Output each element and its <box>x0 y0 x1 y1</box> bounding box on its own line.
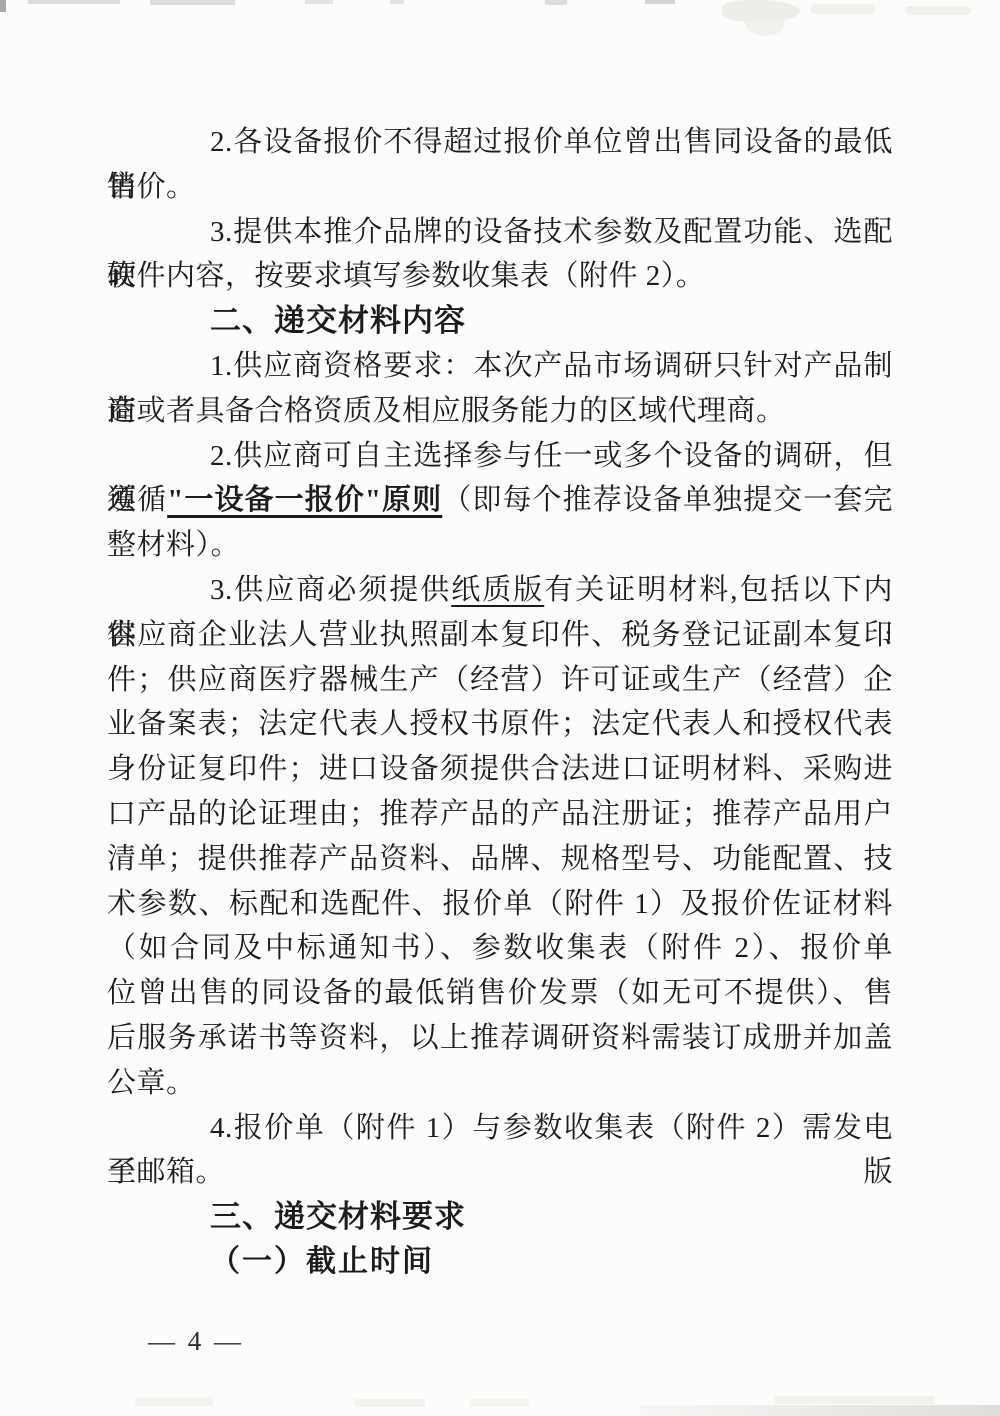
page-number: — 4 — <box>148 1326 244 1357</box>
line-text: 3.供应商必须提供 <box>210 574 451 606</box>
scan-artifact <box>645 0 675 4</box>
scan-artifact <box>745 10 785 36</box>
line-text: 遵循 <box>107 484 167 516</box>
scan-artifact <box>545 0 567 5</box>
emphasis-bold-underline: "一设备一报价"原则 <box>167 484 442 516</box>
scan-artifact <box>355 1399 425 1407</box>
paragraph-line: 供应商企业法人营业执照副本复印件、税务登记证副本复印 <box>107 613 893 658</box>
paragraph-line: 3.供应商必须提供纸质版有关证明材料,包括以下内容: <box>107 568 893 613</box>
paragraph-line: 身份证复印件；进口设备须提供合法进口证明材料、采购进 <box>107 747 893 792</box>
paragraph-line: 清单；提供推荐产品资料、品牌、规格型号、功能配置、技 <box>107 837 893 882</box>
paragraph-line: 1.供应商资格要求：本次产品市场调研只针对产品制造 <box>107 344 893 389</box>
paragraph-line: 遵循"一设备一报价"原则（即每个推荐设备单独提交一套完 <box>107 478 893 523</box>
paragraph-line: 位曾出售的同设备的最低销售价发票（如无可不提供）、售 <box>107 971 893 1016</box>
section-heading: 三、递交材料要求 <box>107 1195 893 1240</box>
paragraph-line: 后服务承诺书等资料，以上推荐调研资料需装订成册并加盖 <box>107 1016 893 1061</box>
scan-artifact <box>775 1396 935 1404</box>
paragraph-line: 3.提供本推介品牌的设备技术参数及配置功能、选配软 <box>107 210 893 255</box>
paragraph-line: 口产品的论证理由；推荐产品的产品注册证；推荐产品用户 <box>107 792 893 837</box>
line-text: （即每个推荐设备单独提交一套完 <box>442 484 893 516</box>
scan-artifact <box>28 0 120 4</box>
paragraph-line: 整材料）。 <box>107 523 893 568</box>
scan-artifact <box>390 0 404 4</box>
scan-artifact <box>470 1399 530 1407</box>
paragraph-line: （如合同及中标通知书）、参数收集表（附件 2）、报价单 <box>107 926 893 971</box>
paragraph-line: 2.供应商可自主选择参与任一或多个设备的调研，但须 <box>107 434 893 479</box>
text-block: 2.各设备报价不得超过报价单位曾出售同设备的最低销 售价。 3.提供本推介品牌的… <box>107 120 893 1285</box>
scan-artifact <box>0 0 6 12</box>
scanned-document-page: 2.各设备报价不得超过报价单位曾出售同设备的最低销 售价。 3.提供本推介品牌的… <box>0 0 1000 1416</box>
paragraph-line: 硬件内容，按要求填写参数收集表（附件 2）。 <box>107 254 893 299</box>
paragraph-line: 业备案表；法定代表人授权书原件；法定代表人和授权代表 <box>107 702 893 747</box>
scan-artifact <box>135 1397 213 1406</box>
scan-artifact <box>640 1405 1000 1416</box>
sub-section-heading: （一）截止时间 <box>107 1240 893 1285</box>
paragraph-line: 件；供应商医疗器械生产（经营）许可证或生产（经营）企 <box>107 658 893 703</box>
scan-artifact <box>905 6 971 15</box>
scan-artifact <box>810 4 876 14</box>
section-heading: 二、递交材料内容 <box>107 299 893 344</box>
paragraph-line: 商或者具备合格资质及相应服务能力的区域代理商。 <box>107 389 893 434</box>
scan-artifact <box>150 0 235 5</box>
paragraph-line: 公章。 <box>107 1061 893 1106</box>
paragraph-line: 售价。 <box>107 165 893 210</box>
paragraph-line: 术参数、标配和选配件、报价单（附件 1）及报价佐证材料 <box>107 882 893 927</box>
paragraph-line: 2.各设备报价不得超过报价单位曾出售同设备的最低销 <box>107 120 893 165</box>
paragraph-line: 4.报价单（附件 1）与参数收集表（附件 2）需发电子版 <box>107 1106 893 1151</box>
emphasis-underline: 纸质版 <box>451 574 544 606</box>
scan-artifact <box>722 0 800 22</box>
scan-artifact <box>305 0 333 4</box>
